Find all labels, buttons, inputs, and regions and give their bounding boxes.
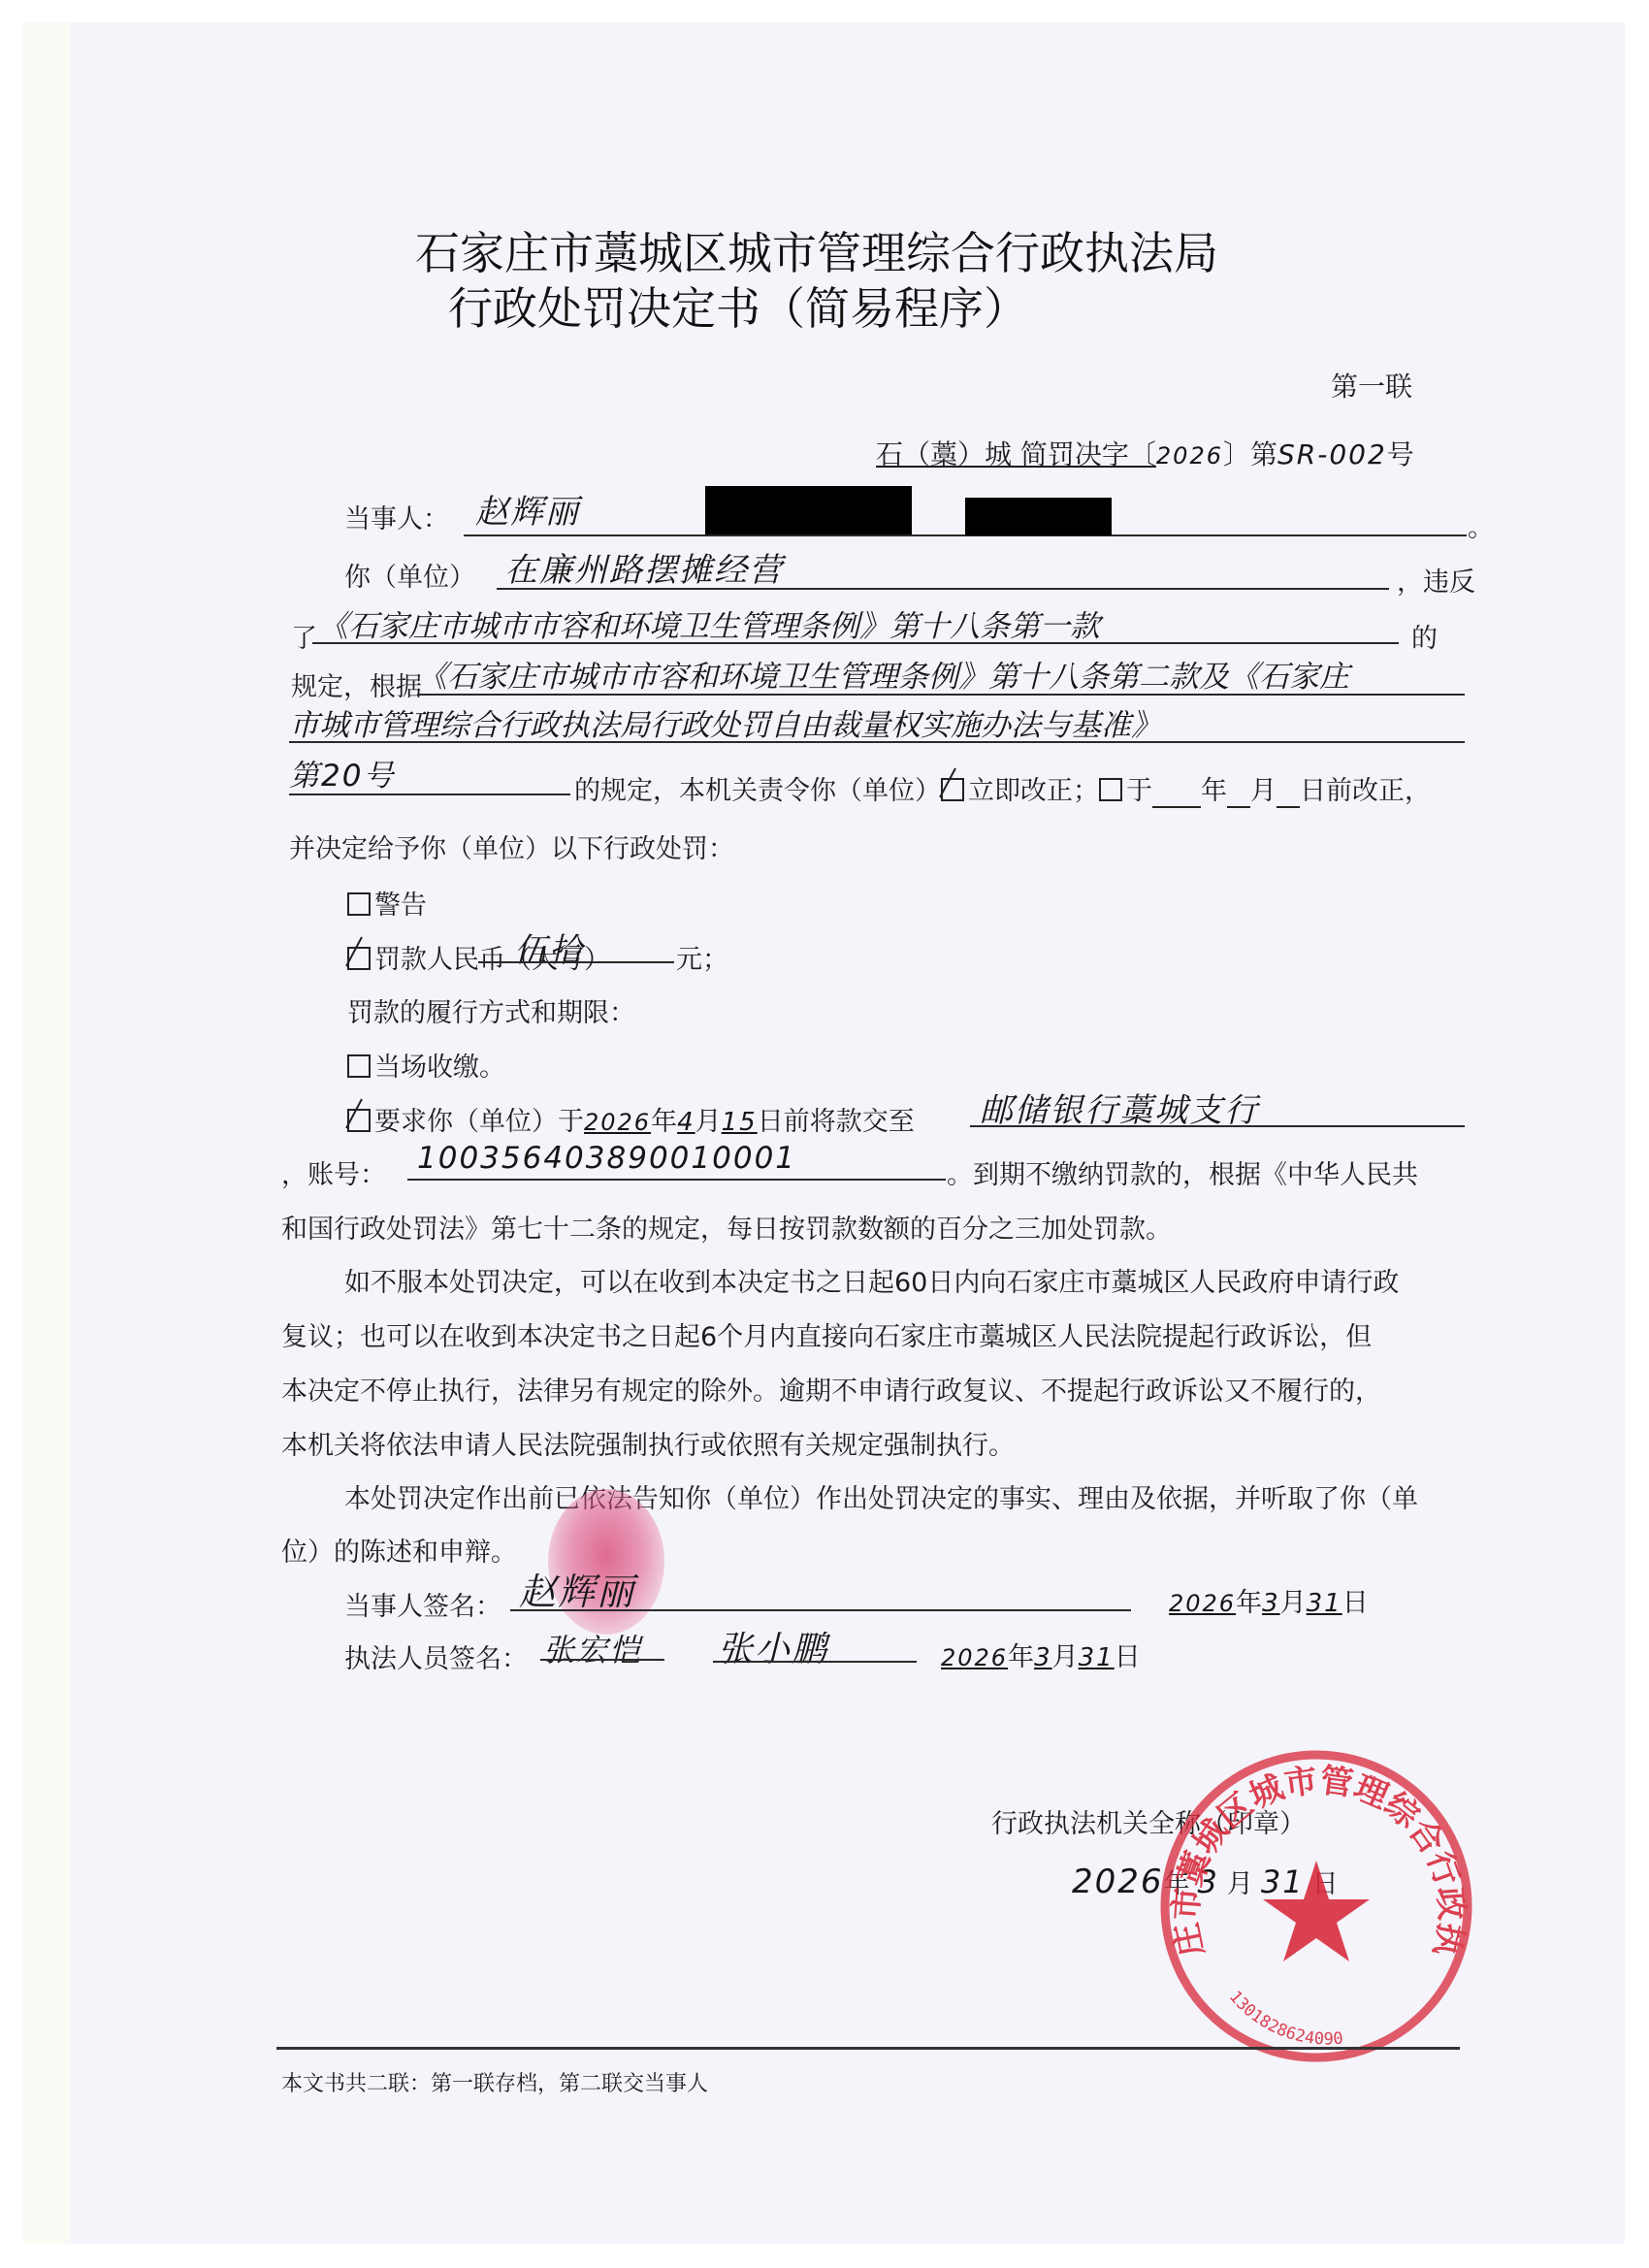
date-day-unit: 日 xyxy=(1342,1588,1369,1618)
payment-heading: 罚款的履行方式和期限： xyxy=(347,991,635,1029)
warning-option: 警告 xyxy=(347,884,427,922)
deadline-year-unit: 年 xyxy=(651,1107,677,1137)
deadline-year[interactable]: 2026 xyxy=(584,1109,651,1136)
footer-divider xyxy=(276,2047,1460,2050)
bank-underline xyxy=(970,1125,1465,1127)
deadline-day[interactable]: 15 xyxy=(722,1108,758,1137)
officer-date-day[interactable]: 31 xyxy=(1079,1643,1115,1672)
violated-law-field[interactable]: 《石家庄市城市市容和环境卫生管理条例》第十八条第一款 xyxy=(318,601,1100,645)
officer-date-year[interactable]: 2026 xyxy=(941,1644,1008,1671)
basis-underline-3 xyxy=(289,794,570,795)
doc-number-suffix: 号 xyxy=(1387,438,1414,470)
basis-line-3[interactable]: 第20号 xyxy=(289,751,395,794)
officer-signature-label: 执法人员签名： xyxy=(344,1637,528,1675)
onsite-option: 当场收缴。 xyxy=(347,1046,505,1084)
order-immediate-label: 立即改正； xyxy=(968,776,1099,806)
remedy-line-3: 本决定不停止执行，法律另有规定的除外。逾期不申请行政复议、不提起行政诉讼又不履行… xyxy=(281,1370,1381,1408)
officer-date-month[interactable]: 3 xyxy=(1034,1643,1052,1672)
fine-amount-field[interactable]: 伍拾 xyxy=(514,923,584,971)
date-month-unit: 月 xyxy=(1280,1588,1307,1618)
basis-underline-2 xyxy=(289,741,1465,743)
order-day-unit: 日前改正， xyxy=(1300,776,1431,806)
account-underline xyxy=(407,1179,946,1181)
doc-number: 石（藁）城 简罚决字〔2026〕第SR-002号 xyxy=(876,434,1414,472)
deadline-month-unit: 月 xyxy=(695,1107,722,1137)
of-label: 的 xyxy=(1411,617,1438,655)
date-year-unit: 年 xyxy=(1236,1588,1262,1618)
order-month-blank[interactable] xyxy=(1227,776,1250,808)
party-date-month[interactable]: 3 xyxy=(1262,1589,1280,1618)
basis-underline-1 xyxy=(417,694,1465,696)
paper-edge xyxy=(22,22,71,2244)
deadline-day-unit: 日前将款交至 xyxy=(758,1107,915,1137)
copy-label: 第一联 xyxy=(1331,366,1412,405)
late-text-1: 。到期不缴纳罚款的，根据《中华人民共 xyxy=(947,1153,1418,1191)
date-day-unit: 日 xyxy=(1115,1642,1141,1672)
order-row: 的规定，本机关责令你（单位）立即改正；于 年 月 日前改正， xyxy=(574,769,1431,808)
order-month-unit: 月 xyxy=(1250,776,1277,806)
party-end-mark: 。 xyxy=(1468,506,1494,544)
authority-date-year[interactable]: 2026 xyxy=(1072,1863,1164,1901)
star-icon xyxy=(1263,1861,1370,1961)
party-label: 当事人： xyxy=(344,498,449,535)
party-signature-underline xyxy=(510,1609,1131,1611)
officer-sign-date: 2026年3月31日 xyxy=(941,1636,1141,1673)
order-year-blank[interactable] xyxy=(1152,776,1201,808)
order-deadline-checkbox[interactable] xyxy=(1099,778,1122,801)
party-signature-label: 当事人签名： xyxy=(344,1585,501,1623)
violate-suffix: ，违反 xyxy=(1397,561,1475,599)
party-date-day[interactable]: 31 xyxy=(1307,1589,1342,1618)
doc-number-serial: SR-002 xyxy=(1277,438,1387,470)
late-text-2: 和国行政处罚法》第七十二条的规定，每日按罚款数额的百分之三加处罚款。 xyxy=(281,1208,1172,1246)
officer-1-signature[interactable]: 张宏恺 xyxy=(543,1626,642,1670)
account-label: ，账号： xyxy=(281,1153,386,1191)
basis-line-1[interactable]: 《石家庄市城市市容和环境卫生管理条例》第十八条第二款及《石家庄 xyxy=(417,652,1349,696)
warning-label: 警告 xyxy=(374,891,427,921)
party-signature[interactable]: 赵辉丽 xyxy=(519,1562,635,1615)
order-immediate-checkbox[interactable] xyxy=(941,778,964,801)
onsite-label: 当场收缴。 xyxy=(374,1053,505,1083)
remedy-line-2: 复议；也可以在收到本决定书之日起6个月内直接向石家庄市藁城区人民法院提起行政诉讼… xyxy=(281,1315,1372,1353)
deadline-option: 要求你（单位）于2026年4月15日前将款交至 xyxy=(347,1100,915,1138)
order-deadline-pre: 于 xyxy=(1126,776,1152,806)
deadline-pre: 要求你（单位）于 xyxy=(374,1107,584,1137)
account-number-field[interactable]: 100356403890010001 xyxy=(417,1141,796,1176)
conduct-field[interactable]: 在廉州路摆摊经营 xyxy=(504,543,784,591)
conduct-underline xyxy=(497,588,1389,590)
violate-prefix: 了 xyxy=(291,617,317,655)
order-day-blank[interactable] xyxy=(1277,776,1300,808)
official-seal: 石家庄市藁城区城市管理综合行政执法局 1301828624090 xyxy=(1156,1746,1476,2066)
fine-amount-underline xyxy=(478,961,674,963)
notice-line-1: 本处罚决定作出前已依法告知你（单位）作出处罚决定的事实、理由及依据，并听取了你（… xyxy=(344,1477,1418,1515)
doc-number-mid: 〕第 xyxy=(1223,438,1277,470)
officer-1-underline xyxy=(540,1659,664,1661)
onsite-checkbox[interactable] xyxy=(347,1054,371,1078)
notice-line-2: 位）的陈述和申辩。 xyxy=(281,1531,517,1569)
officer-2-signature[interactable]: 张小鹏 xyxy=(718,1622,828,1671)
redaction-bar xyxy=(705,486,912,535)
bank-field[interactable]: 邮储银行藁城支行 xyxy=(980,1084,1259,1131)
decision-intro: 并决定给予你（单位）以下行政处罚： xyxy=(289,827,734,865)
violated-law-underline xyxy=(312,642,1399,644)
footer-note: 本文书共二联：第一联存档，第二联交当事人 xyxy=(281,2067,708,2097)
doc-number-prefix: 石（藁）城 简罚决字〔 xyxy=(876,438,1156,470)
warning-checkbox[interactable] xyxy=(347,892,371,916)
basis-prefix: 规定，根据 xyxy=(291,665,422,703)
party-sign-date: 2026年3月31日 xyxy=(1169,1581,1369,1619)
fine-checkbox[interactable] xyxy=(347,947,371,970)
date-year-unit: 年 xyxy=(1008,1642,1034,1672)
order-year-unit: 年 xyxy=(1201,776,1227,806)
deadline-month[interactable]: 4 xyxy=(677,1108,695,1137)
remedy-line-1: 如不服本处罚决定，可以在收到本决定书之日起60日内向石家庄市藁城区人民政府申请行… xyxy=(344,1261,1399,1299)
basis-line-2[interactable]: 市城市管理综合行政执法局行政处罚自由裁量权实施办法与基准》 xyxy=(289,700,1161,744)
remedy-line-4: 本机关将依法申请人民法院强制执行或依照有关规定强制执行。 xyxy=(281,1424,1015,1462)
fine-unit: 元； xyxy=(676,938,728,976)
redaction-bar xyxy=(965,498,1112,535)
party-date-year[interactable]: 2026 xyxy=(1169,1590,1236,1617)
unit-label: 你（单位） xyxy=(344,556,475,594)
party-name[interactable]: 赵辉丽 xyxy=(475,485,580,533)
deadline-checkbox[interactable] xyxy=(347,1109,371,1132)
title-document-type: 行政处罚决定书（简易程序） xyxy=(448,274,1028,338)
date-month-unit: 月 xyxy=(1052,1642,1079,1672)
doc-number-year: 2026 xyxy=(1156,442,1223,470)
officer-2-underline xyxy=(713,1661,917,1663)
order-text: 的规定，本机关责令你（单位） xyxy=(574,776,941,806)
